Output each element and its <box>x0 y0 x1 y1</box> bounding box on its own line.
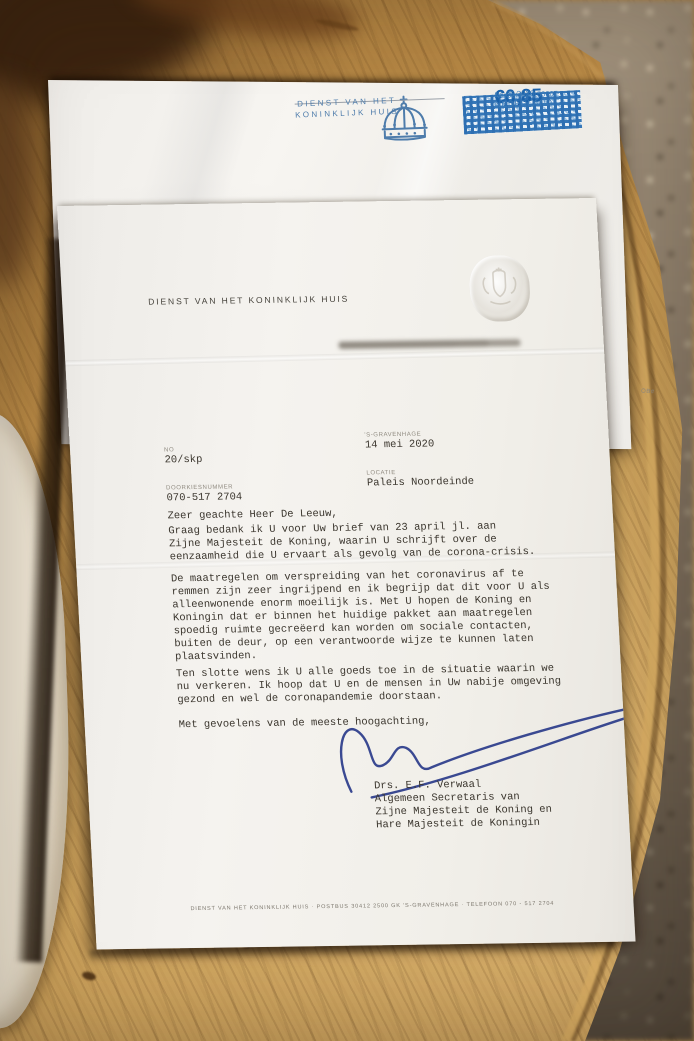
reference-number-value: 20/skp <box>164 454 203 468</box>
city-label: 'S-GRAVENHAGE <box>364 432 421 439</box>
direct-dial-value: 070-517 2704 <box>166 491 242 505</box>
body-paragraph-2: De maatregelen om verspreiding van het c… <box>171 568 554 665</box>
letter-sheet: DIENST VAN HET KONINKLIJK HUIS NO 20/skp… <box>57 198 636 949</box>
redacted-line <box>338 339 520 349</box>
letter-footer: DIENST VAN HET KONINKLIJK HUIS · POSTBUS… <box>190 901 554 912</box>
location-value: Paleis Noordeinde <box>367 476 475 491</box>
body-paragraph-3: Ten slotte wens ik U alle goeds toe in d… <box>176 663 562 708</box>
body-paragraph-1: Graag bedank ik U voor Uw brief van 23 a… <box>168 520 536 564</box>
signatory-name-block: Drs. E.F. Verwaal Algemeen Secretaris va… <box>374 778 553 833</box>
fold-crease <box>65 348 604 367</box>
photo-scene: DIENST VAN HET KONINKLIJK HUIS PostNL Af… <box>0 0 694 1041</box>
direct-dial-label: DOORKIESNUMMER <box>166 484 233 491</box>
reference-number-label: NO <box>164 447 175 453</box>
franking-right-column: €0,85 NEDERLAND 14.05.2020 NetSet MS 150… <box>494 83 604 87</box>
embossed-royal-seal <box>468 255 532 322</box>
coat-of-arms-icon <box>478 263 521 312</box>
location-label: LOCATIE <box>366 470 396 476</box>
royal-house-logo: DIENST VAN HET KONINKLIJK HUIS <box>294 93 454 99</box>
envelope-print-mark: OB# <box>641 389 655 396</box>
envelope-sender-name: DIENST VAN HET KONINKLIJK HUIS <box>294 95 399 121</box>
letter-date: 14 mei 2020 <box>365 438 435 452</box>
salutation: Zeer geachte Heer De Leeuw, <box>167 508 338 524</box>
letterhead: DIENST VAN HET KONINKLIJK HUIS <box>148 294 350 307</box>
